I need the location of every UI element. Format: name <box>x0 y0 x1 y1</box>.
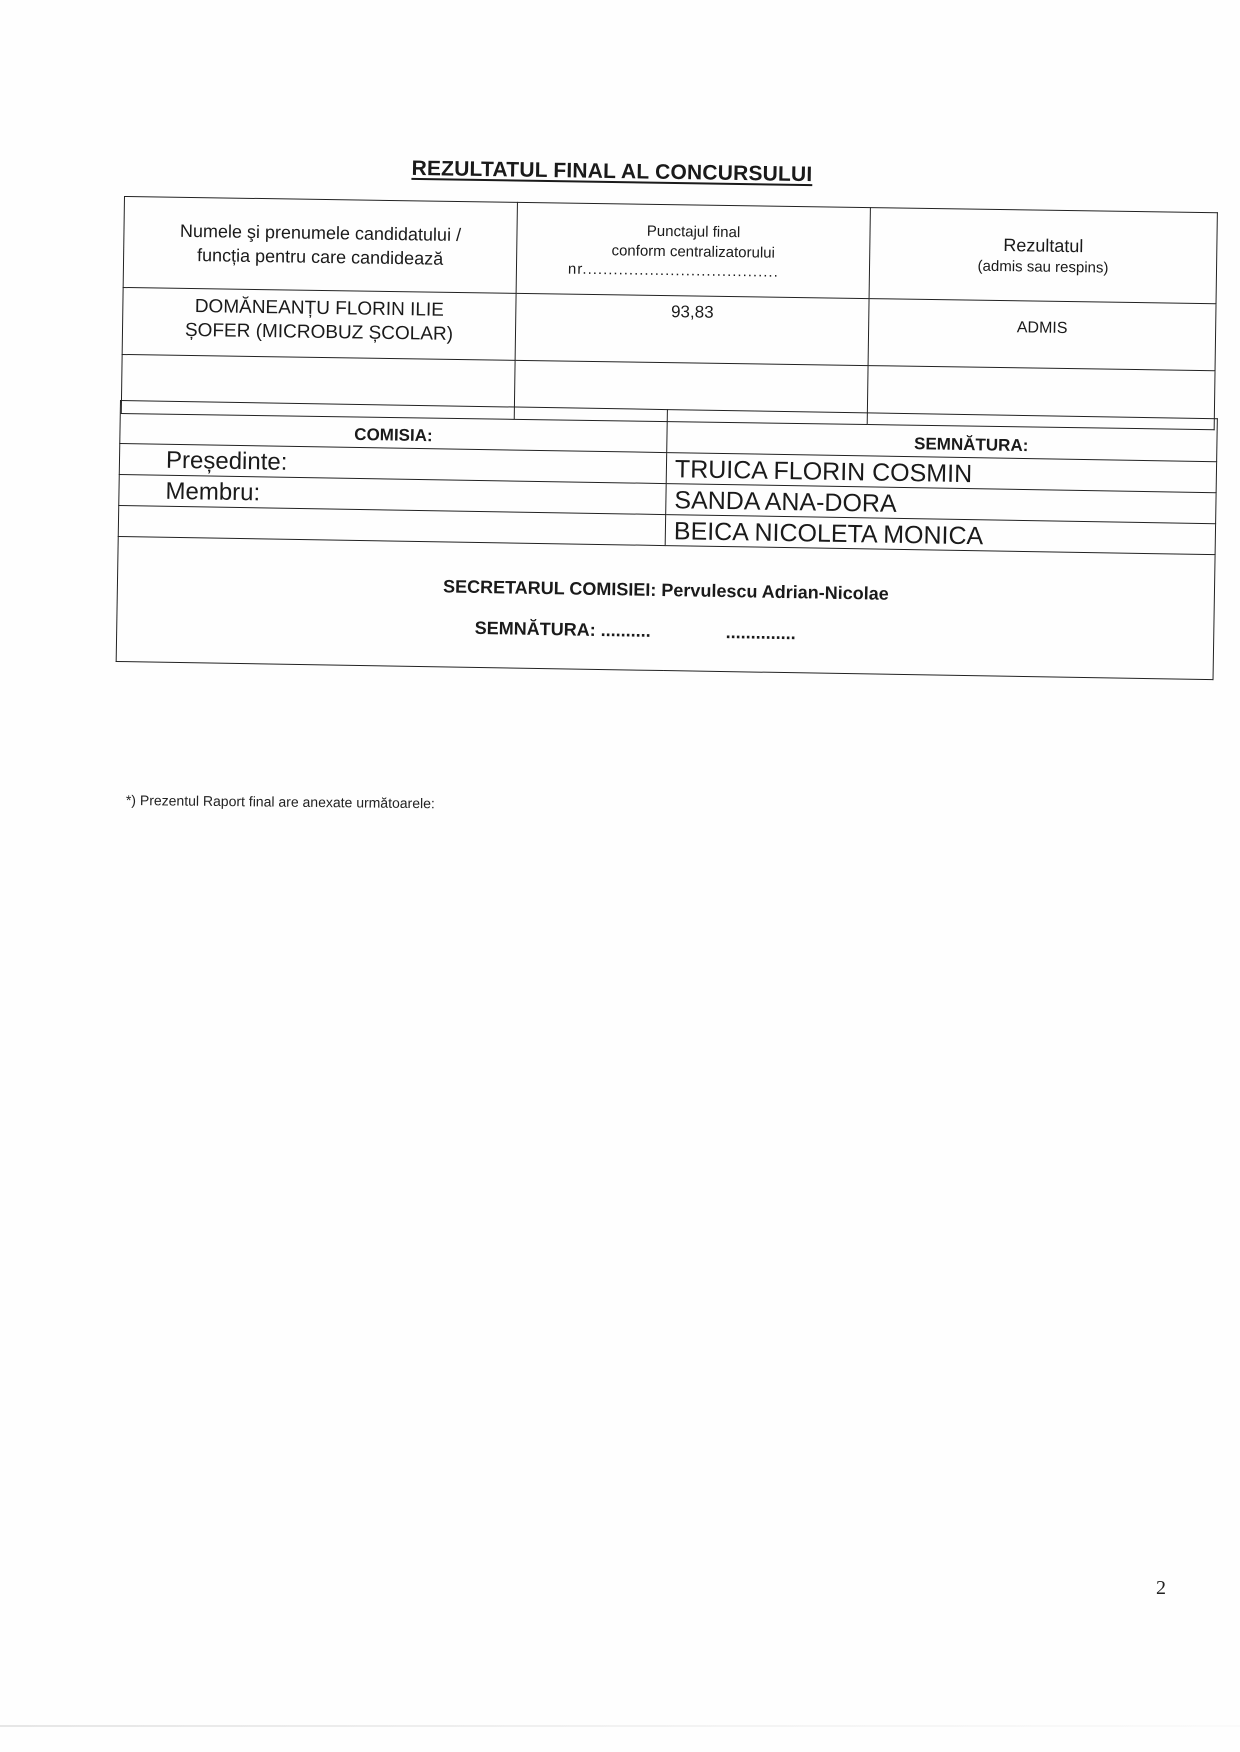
document-title-text: REZULTATUL FINAL AL CONCURSULUI <box>411 157 812 186</box>
secretary-signature-dots: .......... <box>601 620 651 641</box>
candidate-score: 93,83 <box>522 300 862 325</box>
secretary-name: Pervulescu Adrian-Nicolae <box>661 580 889 604</box>
secretary-line: SECRETARUL COMISIEI: Pervulescu Adrian-N… <box>126 571 1206 610</box>
candidate-cell: DOMĂNEANȚU FLORIN ILIE ȘOFER (MICROBUZ Ș… <box>122 287 516 360</box>
header-result-line2: (admis sau respins) <box>876 255 1210 280</box>
secretary-row: SECRETARUL COMISIEI: Pervulescu Adrian-N… <box>116 536 1215 679</box>
secretary-cell: SECRETARUL COMISIEI: Pervulescu Adrian-N… <box>116 536 1215 679</box>
page-number: 2 <box>1156 1577 1166 1600</box>
document-title: REZULTATUL FINAL AL CONCURSULUI <box>0 150 1232 193</box>
candidate-result: ADMIS <box>875 305 1209 340</box>
header-result: Rezultatul (admis sau respins) <box>869 208 1217 304</box>
footnote: *) Prezentul Raport final are anexate ur… <box>126 792 435 811</box>
document-page: REZULTATUL FINAL AL CONCURSULUI Numele ş… <box>0 0 1240 1752</box>
results-table: Numele şi prenumele candidatului / funcț… <box>121 196 1218 430</box>
candidate-position: ȘOFER (MICROBUZ ȘCOLAR) <box>129 318 509 348</box>
secretary-label: SECRETARUL COMISIEI: <box>443 576 657 600</box>
committee-section: COMISIA: SEMNĂTURA: Președinte: TRUICA F… <box>116 400 1218 680</box>
header-score-nr: nr...................................... <box>523 259 863 281</box>
secretary-signature-dots-2: .............. <box>726 622 796 643</box>
results-header-row: Numele şi prenumele candidatului / funcț… <box>123 197 1217 304</box>
scan-edge-divider <box>0 1725 1240 1727</box>
score-cell: 93,83 <box>515 293 869 365</box>
secretary-signature-line: SEMNĂTURA: .......... .............. <box>95 612 1175 651</box>
header-score: Punctajul final conform centralizatorulu… <box>516 202 870 298</box>
header-candidate: Numele şi prenumele candidatului / funcț… <box>123 197 517 294</box>
secretary-signature-label: SEMNĂTURA: <box>475 618 596 640</box>
result-cell: ADMIS <box>868 299 1216 371</box>
